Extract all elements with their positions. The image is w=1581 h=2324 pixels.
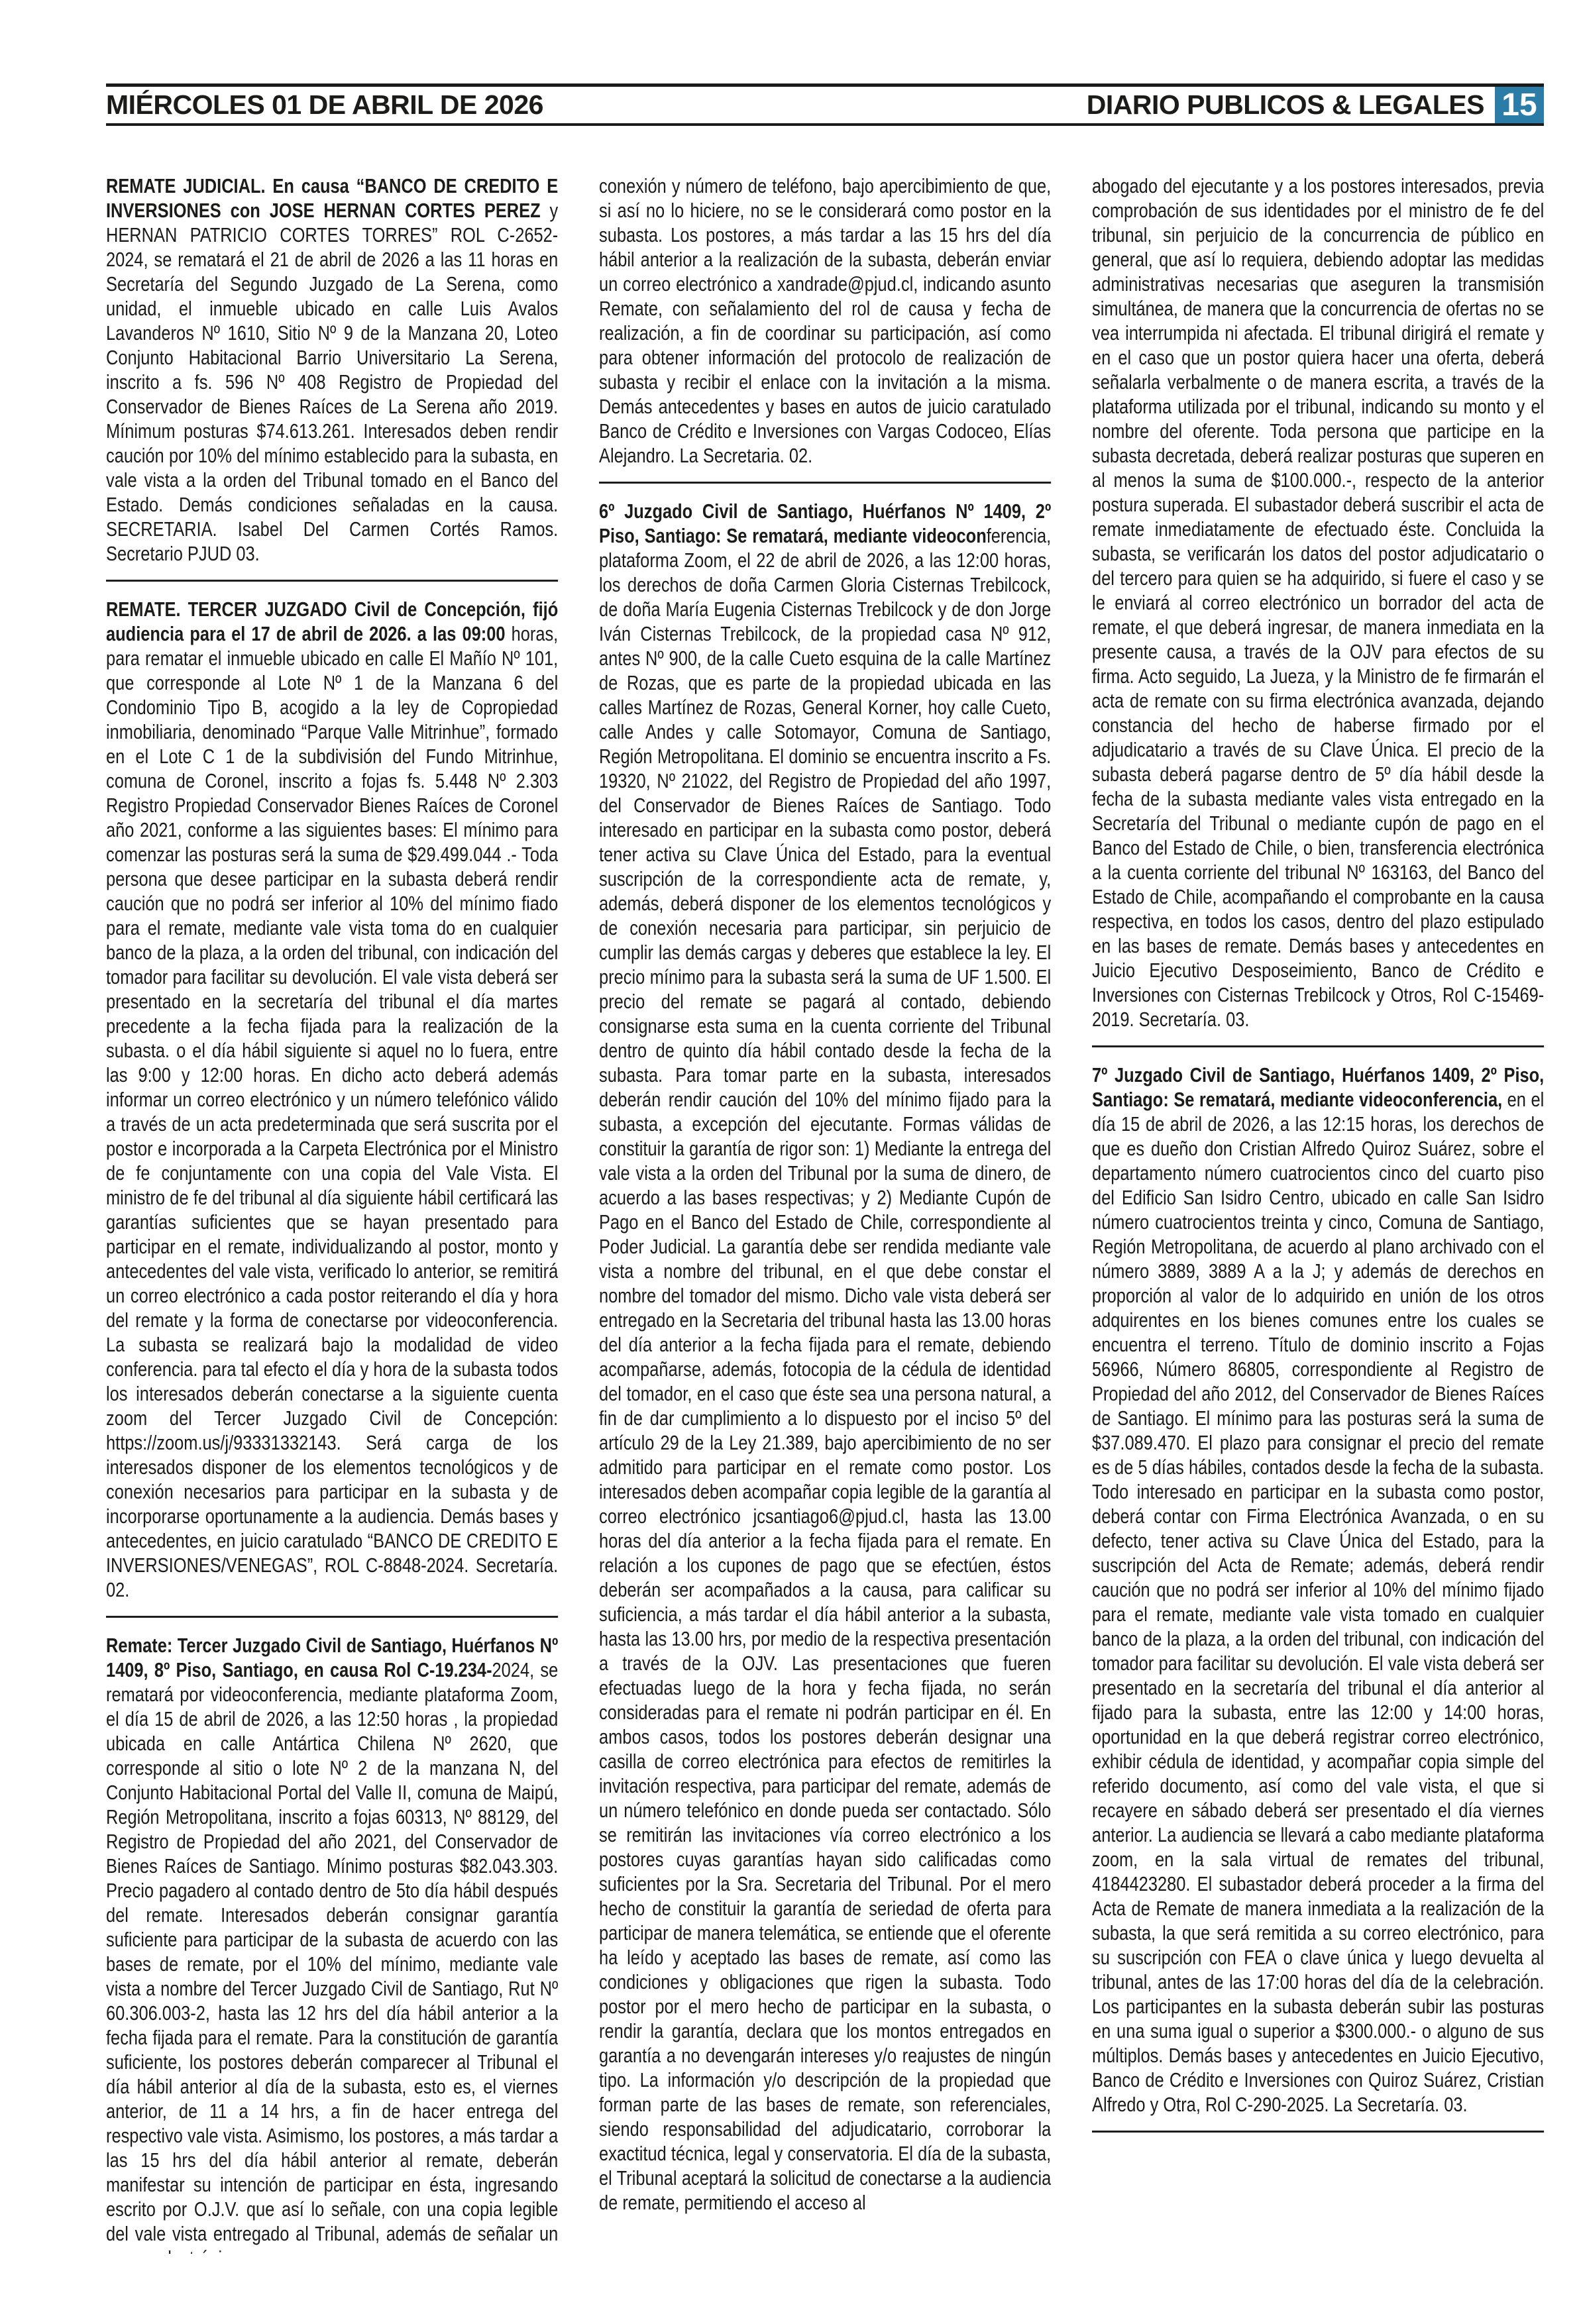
legal-notice: REMATE JUDICIAL. En causa “BANCO DE CRED… xyxy=(106,174,558,566)
column-3: abogado del ejecutante y a los postores … xyxy=(1092,174,1544,2254)
legal-notice: Remate: Tercer Juzgado Civil de Santiago… xyxy=(106,1633,558,2254)
notice-separator xyxy=(106,580,558,582)
notice-separator xyxy=(1092,1045,1544,1047)
publication-title: DIARIO PUBLICOS & LEGALES xyxy=(1087,89,1484,121)
legal-notice: REMATE. TERCER JUZGADO Civil de Concepci… xyxy=(106,597,558,1602)
column-2: conexión y número de teléfono, bajo aper… xyxy=(599,174,1051,2254)
notice-lead: 7º Juzgado Civil de Santiago, Huérfanos … xyxy=(1092,1063,1544,1111)
notice-columns: REMATE JUDICIAL. En causa “BANCO DE CRED… xyxy=(106,174,1581,2254)
masthead-right: DIARIO PUBLICOS & LEGALES 15 xyxy=(1087,87,1544,123)
legal-notice: 6º Juzgado Civil de Santiago, Huérfanos … xyxy=(599,499,1051,2215)
notice-lead: REMATE. TERCER JUZGADO Civil de Concepci… xyxy=(106,598,558,645)
legal-notice: conexión y número de teléfono, bajo aper… xyxy=(599,174,1051,468)
notice-body: 2024, se rematará por videoconferencia, … xyxy=(106,1658,558,2254)
legal-notice: 7º Juzgado Civil de Santiago, Huérfanos … xyxy=(1092,1063,1544,2117)
masthead: MIÉRCOLES 01 DE ABRIL DE 2026 DIARIO PUB… xyxy=(106,83,1544,126)
column-1: REMATE JUDICIAL. En causa “BANCO DE CRED… xyxy=(106,174,558,2254)
notice-separator xyxy=(106,1616,558,1618)
notice-body: horas, para rematar el inmueble ubicado … xyxy=(106,622,558,1601)
page-number-badge: 15 xyxy=(1495,87,1544,123)
masthead-date: MIÉRCOLES 01 DE ABRIL DE 2026 xyxy=(106,89,543,121)
notice-separator xyxy=(1092,2131,1544,2133)
notice-lead: Remate: Tercer Juzgado Civil de Santiago… xyxy=(106,1634,558,1681)
notice-body: conexión y número de teléfono, bajo aper… xyxy=(599,174,1051,467)
notice-body: abogado del ejecutante y a los postores … xyxy=(1092,174,1544,1031)
notice-lead: 6º Juzgado Civil de Santiago, Huérfanos … xyxy=(599,500,1051,547)
legal-notice: abogado del ejecutante y a los postores … xyxy=(1092,174,1544,1031)
newspaper-page: MIÉRCOLES 01 DE ABRIL DE 2026 DIARIO PUB… xyxy=(0,0,1581,2324)
notice-lead: REMATE JUDICIAL. En causa “BANCO DE CRED… xyxy=(106,174,558,222)
notice-body: en el día 15 de abril de 2026, a las 12:… xyxy=(1092,1088,1544,2116)
notice-separator xyxy=(599,482,1051,484)
notice-body: y HERNAN PATRICIO CORTES TORRES” ROL C-2… xyxy=(106,199,558,565)
notice-body: ferencia, plataforma Zoom, el 22 de abri… xyxy=(599,524,1051,2214)
